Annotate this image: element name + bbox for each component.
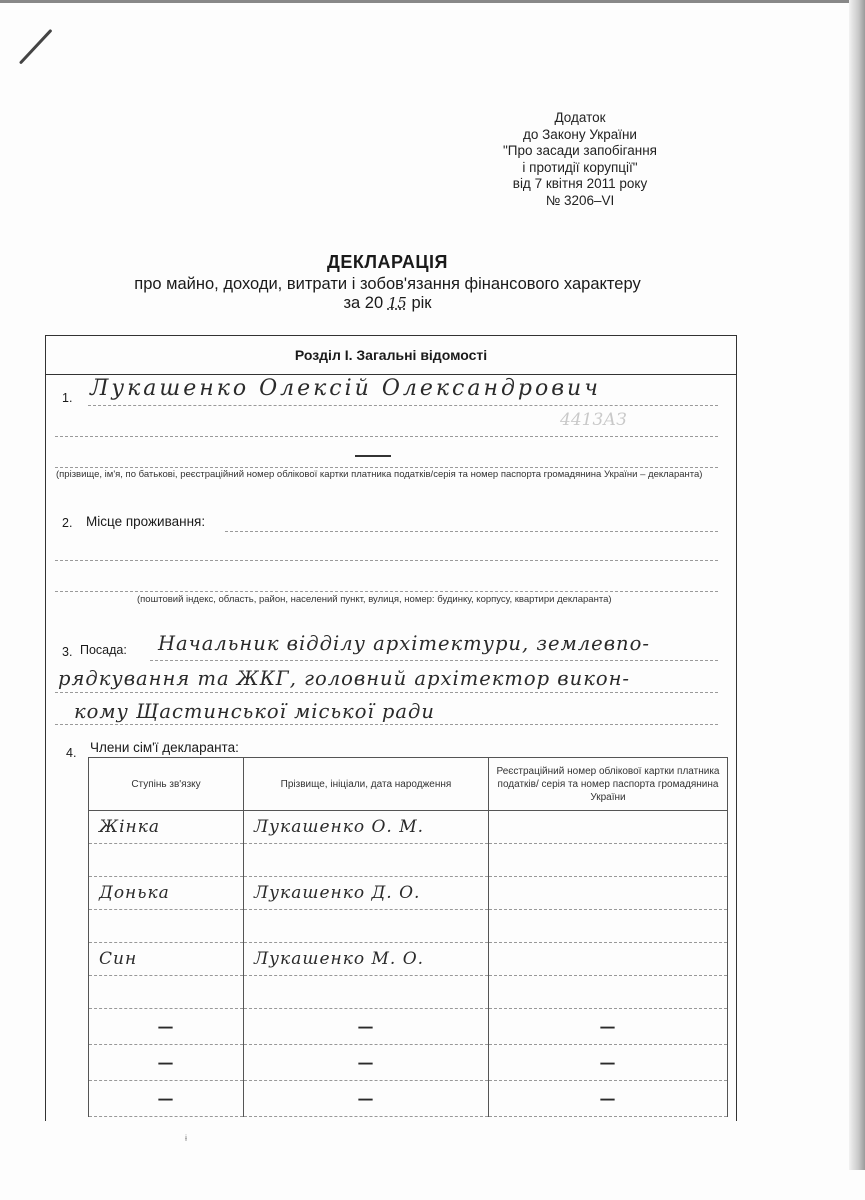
cell-relation: — <box>89 1045 244 1081</box>
cell-name: Лукашенко М. О. <box>244 943 489 976</box>
dash-mark <box>355 455 391 457</box>
family-label: Члени сім'ї декларанта: <box>90 740 239 755</box>
col-header-id: Реєстраційний номер облікової картки пла… <box>489 758 728 811</box>
cell-id-redacted <box>489 844 728 877</box>
position-line-2: рядкування та ЖКГ, головний архітектор в… <box>58 667 630 690</box>
cell-name <box>244 910 489 943</box>
cell-id-redacted <box>489 943 728 976</box>
cell-name: — <box>244 1009 489 1045</box>
item1-number: 1. <box>62 391 72 405</box>
table-row: — — — <box>89 1081 728 1117</box>
cell-id: — <box>489 1081 728 1117</box>
table-row: — — — <box>89 1009 728 1045</box>
cell-relation: — <box>89 1081 244 1117</box>
item2-number: 2. <box>62 516 72 530</box>
family-members-table: Ступінь зв'язку Прізвище, ініціали, дата… <box>88 757 728 1117</box>
position-label: Посада: <box>80 643 127 657</box>
annex-line: від 7 квітня 2011 року <box>470 176 690 193</box>
item1-line <box>88 405 718 406</box>
table-row <box>89 910 728 943</box>
item3-number: 3. <box>62 645 72 659</box>
cell-id-redacted <box>489 910 728 943</box>
cell-relation: — <box>89 1009 244 1045</box>
cell-relation <box>89 910 244 943</box>
cell-relation <box>89 844 244 877</box>
title-subtitle: про майно, доходи, витрати і зобов'язанн… <box>0 275 775 294</box>
redacted-tax-id: 4413АЗ <box>560 410 627 430</box>
item2-line <box>225 531 718 532</box>
table-row: — — — <box>89 1045 728 1081</box>
item3-line <box>150 660 718 661</box>
document-title: ДЕКЛАРАЦІЯ про майно, доходи, витрати і … <box>0 252 775 313</box>
cell-relation <box>89 976 244 1009</box>
item3-line-3 <box>55 724 718 725</box>
position-line-1: Начальник відділу архітектури, землевпо- <box>158 632 650 655</box>
table-header-row: Ступінь зв'язку Прізвище, ініціали, дата… <box>89 758 728 811</box>
table-row <box>89 976 728 1009</box>
annex-line: № 3206–VI <box>470 193 690 210</box>
cell-id-redacted <box>489 877 728 910</box>
table-row: Жінка Лукашенко О. М. <box>89 811 728 844</box>
cell-id: — <box>489 1009 728 1045</box>
cell-id-redacted <box>489 976 728 1009</box>
table-row: Син Лукашенко М. О. <box>89 943 728 976</box>
cell-name <box>244 844 489 877</box>
annex-line: до Закону України <box>470 127 690 144</box>
item3-line-2 <box>55 692 718 693</box>
scanned-page: Додаток до Закону України "Про засади за… <box>0 0 865 1200</box>
cell-name: — <box>244 1081 489 1117</box>
item2-line-2 <box>55 560 718 561</box>
year-prefix: за 20 <box>343 294 383 312</box>
cell-relation: Донька <box>89 877 244 910</box>
annex-block: Додаток до Закону України "Про засади за… <box>470 110 690 209</box>
annex-line: і протидії корупції" <box>470 160 690 177</box>
item1-caption: (прізвище, ім'я, по батькові, реєстрацій… <box>56 469 702 480</box>
item2-line-3 <box>55 591 718 592</box>
col-header-name: Прізвище, ініціали, дата народження <box>244 758 489 811</box>
pen-slash-mark <box>19 29 53 65</box>
year-handwritten: 15 <box>388 294 407 312</box>
cell-name: — <box>244 1045 489 1081</box>
item2-caption: (поштовий індекс, область, район, населе… <box>137 594 612 605</box>
cell-id: — <box>489 1045 728 1081</box>
table-row: Донька Лукашенко Д. О. <box>89 877 728 910</box>
year-suffix: рік <box>411 294 431 312</box>
cell-relation: Жінка <box>89 811 244 844</box>
title-heading: ДЕКЛАРАЦІЯ <box>0 252 775 273</box>
item4-number: 4. <box>66 746 76 760</box>
table-row <box>89 844 728 877</box>
cell-name: Лукашенко О. М. <box>244 811 489 844</box>
cell-name <box>244 976 489 1009</box>
scan-edge-top <box>0 0 865 3</box>
col-header-relation: Ступінь зв'язку <box>89 758 244 811</box>
section-heading: Розділ І. Загальні відомості <box>46 336 736 375</box>
annex-line: Додаток <box>470 110 690 127</box>
residence-label: Місце проживання: <box>86 514 205 529</box>
item1-line-2 <box>55 436 718 437</box>
title-year: за 20 15 рік <box>0 294 775 313</box>
item1-line-3 <box>55 467 718 468</box>
position-line-3: кому Щастинської міської ради <box>74 700 435 723</box>
annex-line: "Про засади запобігання <box>470 143 690 160</box>
cell-relation: Син <box>89 943 244 976</box>
scan-edge-right <box>849 0 865 1170</box>
cell-id-redacted <box>489 811 728 844</box>
declarant-name: Лукашенко Олексій Олександрович <box>90 376 601 401</box>
cell-name: Лукашенко Д. О. <box>244 877 489 910</box>
scan-speck: ɨ <box>185 1133 187 1143</box>
